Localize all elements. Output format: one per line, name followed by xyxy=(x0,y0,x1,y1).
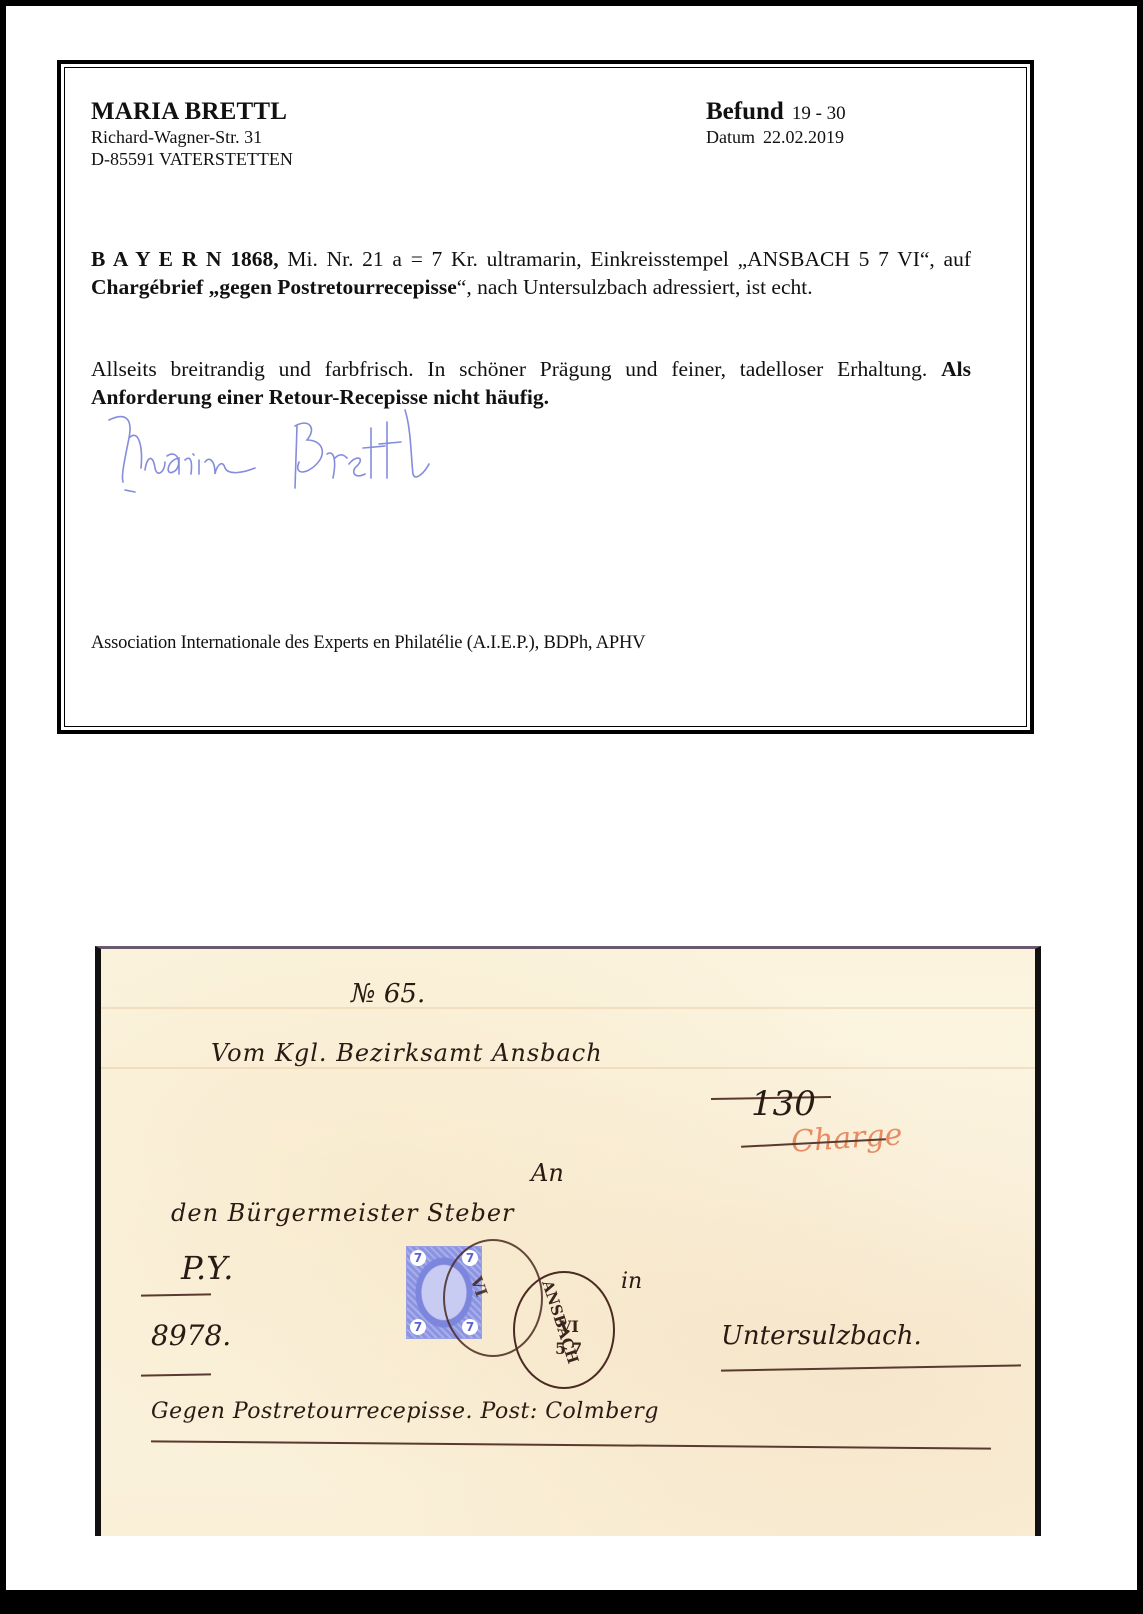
country-year: B A Y E R N 1868, xyxy=(91,247,279,271)
reference-label: Befund xyxy=(706,98,784,125)
letter-number: № 65. xyxy=(351,979,425,1009)
addressee-line: den Bürgermeister Steber xyxy=(171,1199,515,1227)
postmark-time: VI xyxy=(467,1274,492,1299)
registration-number: 130 xyxy=(751,1084,816,1124)
stamp-value: 7 xyxy=(410,1250,426,1266)
charge-handstamp: Charge xyxy=(790,1117,904,1160)
signature xyxy=(95,398,455,508)
expert-certificate: MARIA BRETTL Richard-Wagner-Str. 31 D-85… xyxy=(57,60,1034,734)
py-marking: P.Y. xyxy=(181,1249,233,1287)
register-number: 8978. xyxy=(151,1319,231,1352)
condition-text: Allseits breitrandig und farbfrisch. In … xyxy=(91,357,941,381)
underline xyxy=(141,1293,211,1296)
stamp-value: 7 xyxy=(410,1319,426,1335)
certificate-inner-frame: MARIA BRETTL Richard-Wagner-Str. 31 D-85… xyxy=(64,67,1027,727)
underline xyxy=(141,1373,211,1376)
description-paragraph: B A Y E R N 1868, Mi. Nr. 21 a = 7 Kr. u… xyxy=(91,245,971,301)
return-receipt-note: Gegen Postretourrecepisse. Post: Colmber… xyxy=(151,1399,659,1424)
underline xyxy=(721,1364,1021,1371)
issuer-block: MARIA BRETTL Richard-Wagner-Str. 31 D-85… xyxy=(91,98,293,170)
description-text-c: “, nach Untersulzbach adressiert, ist ec… xyxy=(457,275,813,299)
postmark-time: VI xyxy=(559,1317,579,1336)
registered-letter-cover: № 65. Vom Kgl. Bezirksamt Ansbach 130 Ch… xyxy=(95,946,1041,1536)
certificate-date: 22.02.2019 xyxy=(763,127,844,147)
postmark-month: 7 xyxy=(571,1339,582,1358)
postmark-ansbach: ANSBACH VI 5 7 xyxy=(513,1271,615,1389)
issuer-city: D-85591 VATERSTETTEN xyxy=(91,148,293,170)
description-bold: Chargébrief „gegen Postretourrecepisse xyxy=(91,275,457,299)
fold-line xyxy=(101,1067,1035,1069)
description-text-a: Mi. Nr. 21 a = 7 Kr. ultramarin, Einkrei… xyxy=(279,247,971,271)
destination: Untersulzbach. xyxy=(721,1321,922,1351)
reference-number: 19 - 30 xyxy=(792,103,846,124)
issuer-name: MARIA BRETTL xyxy=(91,98,293,126)
address-an: An xyxy=(531,1159,564,1187)
sender-line: Vom Kgl. Bezirksamt Ansbach xyxy=(211,1039,603,1067)
issuer-street: Richard-Wagner-Str. 31 xyxy=(91,126,293,148)
associations-footer: Association Internationale des Experts e… xyxy=(91,633,645,654)
address-in: in xyxy=(621,1269,642,1294)
postmark-day: 5 xyxy=(555,1339,566,1358)
fold-line xyxy=(101,1007,1035,1009)
date-label: Datum xyxy=(706,127,755,147)
underline xyxy=(151,1440,991,1449)
reference-block: Befund19 - 30 Datum22.02.2019 xyxy=(706,98,846,148)
